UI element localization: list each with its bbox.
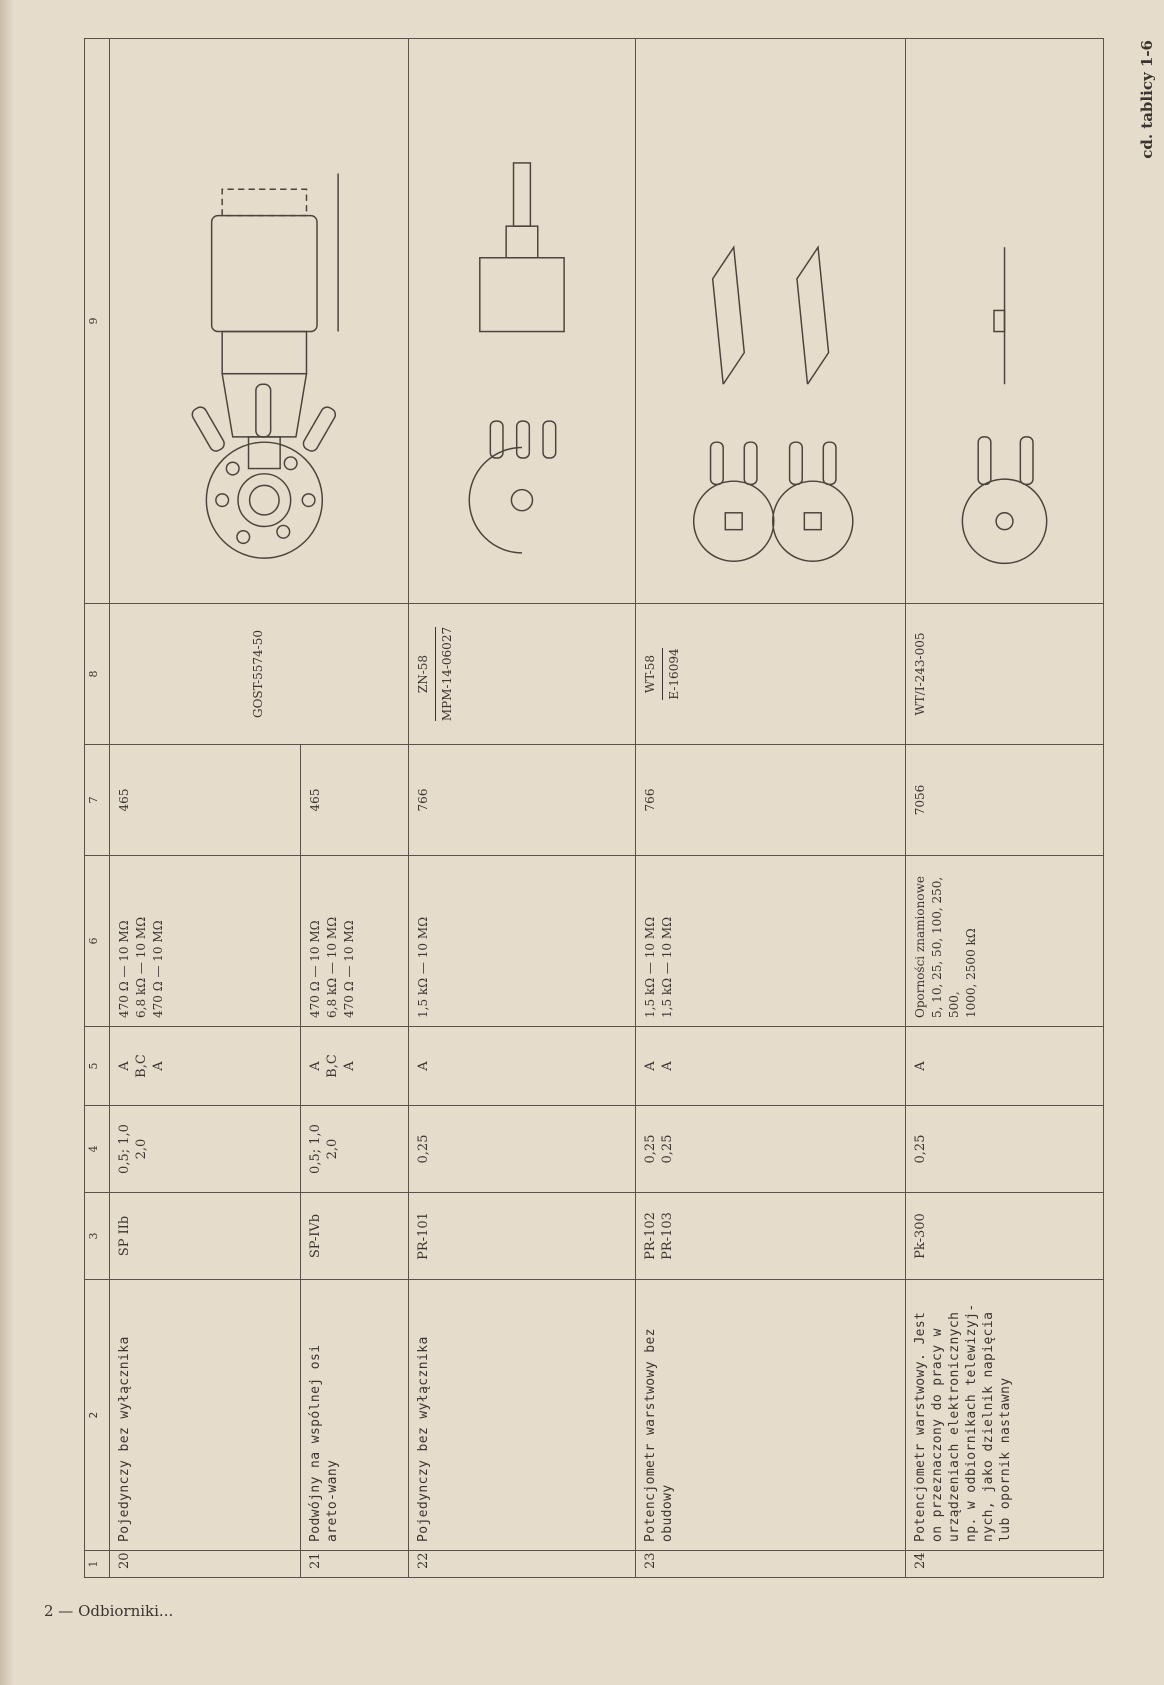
resistance-range: 1,5 kΩ — 10 MΩ: [408, 856, 635, 1027]
row-number: 22: [408, 1551, 635, 1578]
col-header-2: 2: [85, 1280, 110, 1551]
continuation-label: cd. tablicy 1-6: [1138, 40, 1156, 159]
table-row: 20 Pojedynczy bez wyłącznika SP IIb 0,5;…: [109, 39, 301, 1578]
characteristic: AB,CA: [301, 1027, 408, 1106]
description: Podwójny na wspólnej osi areto-wany: [301, 1280, 408, 1551]
type: SP IIb: [109, 1193, 301, 1280]
page-footer: 2 — Odbiorniki...: [44, 1602, 173, 1620]
row-number: 21: [301, 1551, 408, 1578]
code: 465: [301, 745, 408, 856]
standard: GOST-5574-50: [109, 604, 408, 745]
power: 0,5; 1,02,0: [109, 1106, 301, 1193]
component-table: 1 2 3 4 5 6 7 8 9 20 Pojedynczy bez wyłą…: [84, 38, 1104, 1578]
characteristic: AB,CA: [109, 1027, 301, 1106]
description: Potencjometr warstwowy. Jest on przeznac…: [905, 1280, 1103, 1551]
standard: ZN-58MPM-14-06027: [408, 604, 635, 745]
row-number: 20: [109, 1551, 301, 1578]
type: SP-IVb: [301, 1193, 408, 1280]
power: 0,5; 1,02,0: [301, 1106, 408, 1193]
potentiometer-pr101-drawing: [415, 47, 629, 595]
col-header-3: 3: [85, 1193, 110, 1280]
table-row: 24 Potencjometr warstwowy. Jest on przez…: [905, 39, 1103, 1578]
table-row: 22 Pojedynczy bez wyłącznika PR-101 0,25…: [408, 39, 635, 1578]
row-number: 24: [905, 1551, 1103, 1578]
standard: WT/I-243-005: [905, 604, 1103, 745]
col-header-1: 1: [85, 1551, 110, 1578]
code: 766: [635, 745, 905, 856]
col-header-6: 6: [85, 856, 110, 1027]
description: Potencjometr warstwowy bez obudowy: [635, 1280, 905, 1551]
type: PR-101: [408, 1193, 635, 1280]
characteristic: AA: [635, 1027, 905, 1106]
col-header-9: 9: [85, 39, 110, 604]
table-row: 23 Potencjometr warstwowy bez obudowy PR…: [635, 39, 905, 1578]
resistance-range: 1,5 kΩ — 10 MΩ1,5 kΩ — 10 MΩ: [635, 856, 905, 1027]
code: 766: [408, 745, 635, 856]
drawing-pr102-pr103: [635, 39, 905, 604]
standard: WT-58E-16094: [635, 604, 905, 745]
power: 0,25: [408, 1106, 635, 1193]
potentiometer-pr102-pr103-drawing: [642, 47, 899, 595]
resistance-range: 470 Ω — 10 MΩ6,8 kΩ — 10 MΩ470 Ω — 10 MΩ: [109, 856, 301, 1027]
code: 465: [109, 745, 301, 856]
rotated-table-wrap: 1 2 3 4 5 6 7 8 9 20 Pojedynczy bez wyłą…: [84, 38, 1104, 1578]
page-edge: [0, 0, 14, 1685]
type: Pk-300: [905, 1193, 1103, 1280]
col-header-7: 7: [85, 745, 110, 856]
characteristic: A: [905, 1027, 1103, 1106]
col-header-5: 5: [85, 1027, 110, 1106]
description: Pojedynczy bez wyłącznika: [109, 1280, 301, 1551]
type: PR-102PR-103: [635, 1193, 905, 1280]
power: 0,250,25: [635, 1106, 905, 1193]
potentiometer-pk300-drawing: [912, 47, 1097, 595]
col-header-8: 8: [85, 604, 110, 745]
drawing-pk300: [905, 39, 1103, 604]
column-header-row: 1 2 3 4 5 6 7 8 9: [85, 39, 110, 1578]
characteristic: A: [408, 1027, 635, 1106]
resistance-range: 470 Ω — 10 MΩ6,8 kΩ — 10 MΩ470 Ω — 10 MΩ: [301, 856, 408, 1027]
power: 0,25: [905, 1106, 1103, 1193]
col-header-4: 4: [85, 1106, 110, 1193]
potentiometer-sp-drawing: [116, 47, 402, 595]
drawing-sp: [109, 39, 408, 604]
code: 7056: [905, 745, 1103, 856]
description: Pojedynczy bez wyłącznika: [408, 1280, 635, 1551]
row-number: 23: [635, 1551, 905, 1578]
resistance-range: Oporności znamionowe5, 10, 25, 50, 100, …: [905, 856, 1103, 1027]
drawing-pr101: [408, 39, 635, 604]
